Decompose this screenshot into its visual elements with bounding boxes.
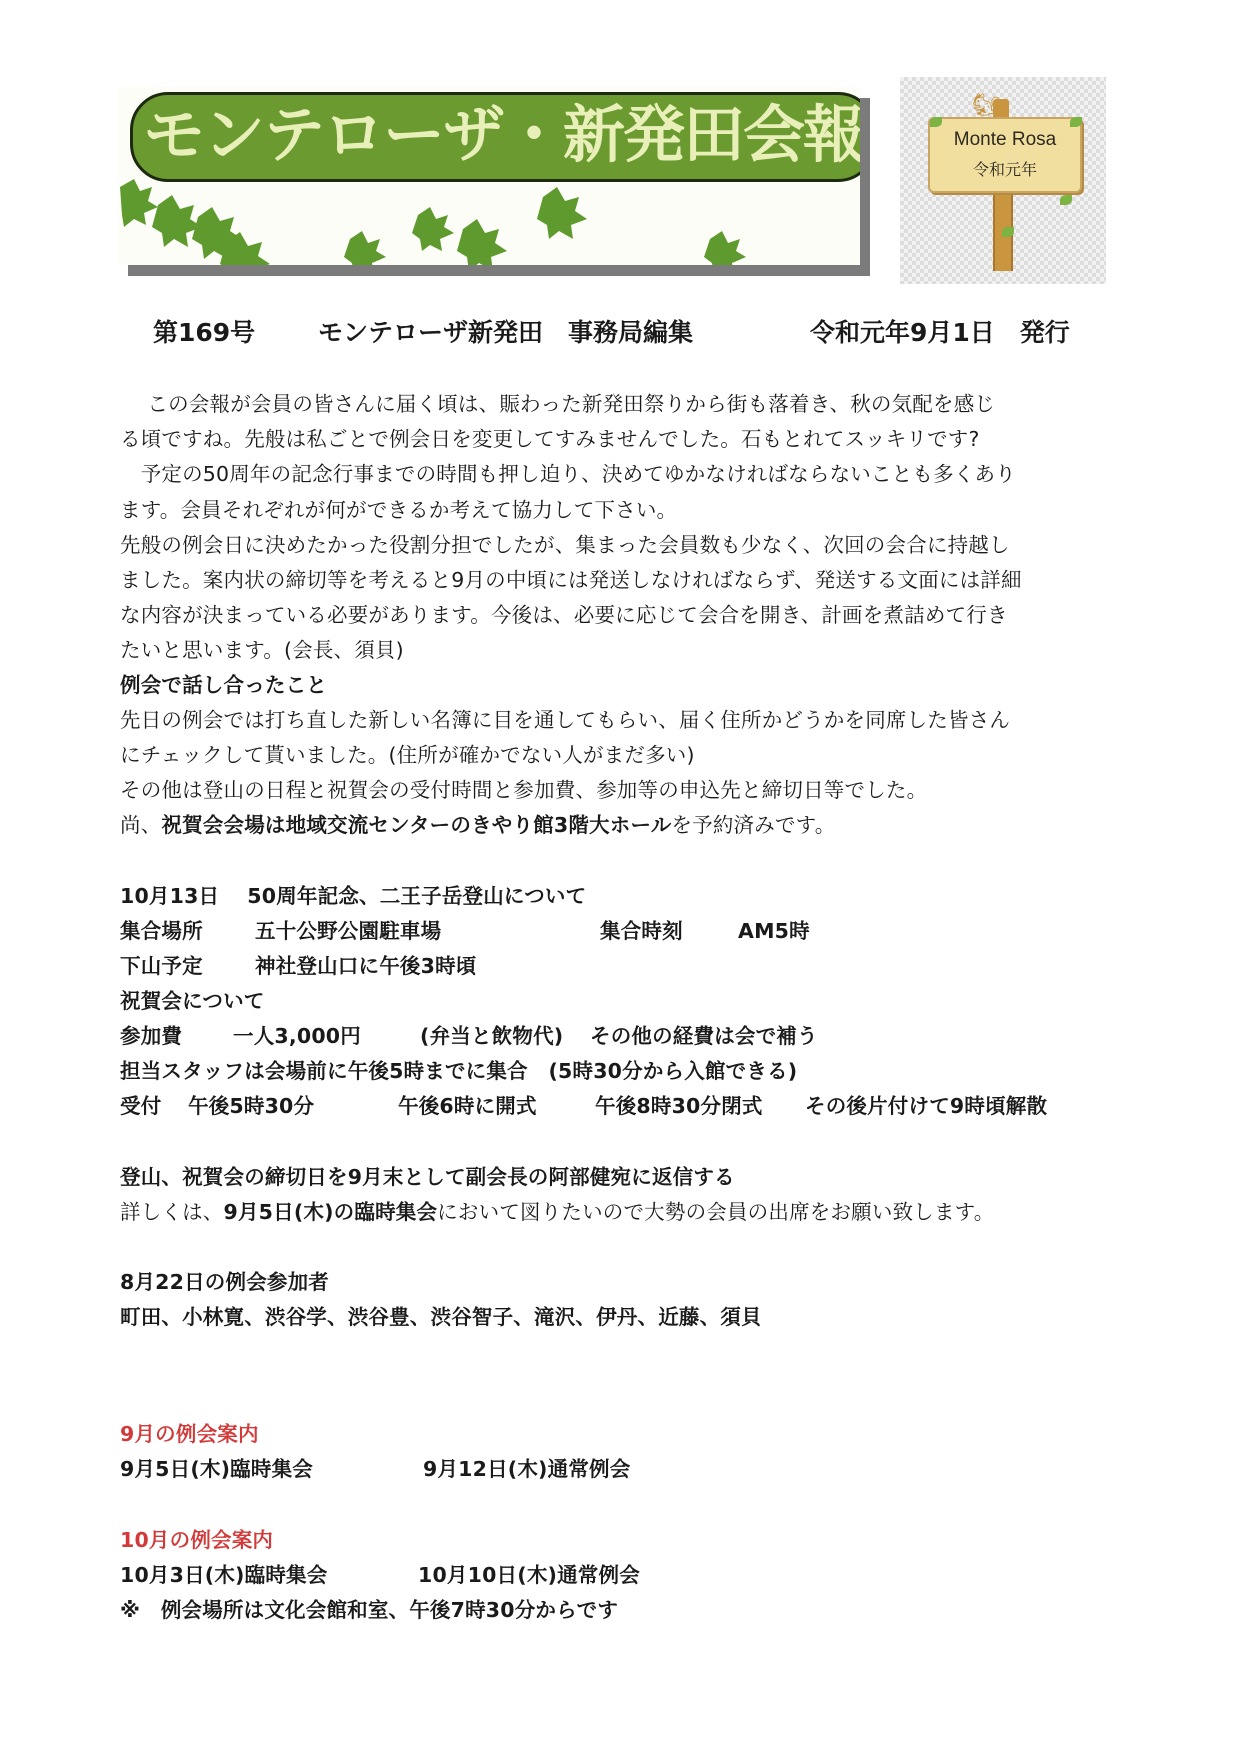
meeting-line: 先日の例会では打ち直した新しい名簿に目を通してもらい、届く住所かどうかを同席した… (120, 706, 1010, 734)
detail-suffix: において図りたいので大勢の会員の出席をお願い致します。 (437, 1200, 994, 1224)
reception-time: 午後5時30分 (188, 1092, 314, 1120)
intro-line: ました。案内状の締切等を考えると9月の中頃には発送しなければならず、発送する文面… (120, 566, 1022, 594)
fee-label: 参加費 (120, 1022, 182, 1050)
vine-leaf-icon (1070, 117, 1082, 127)
meeting-line: その他は登山の日程と祝賀会の受付時間と参加費、参加等の申込先と締切日等でした。 (120, 776, 927, 804)
gather-time-label: 集合時刻 (600, 917, 683, 945)
intro-line: この会報が会員の皆さんに届く頃は、賑わった新発田祭りから街も落着き、秋の気配を感… (120, 390, 995, 418)
close-time: 午後8時30分閉式 (595, 1092, 763, 1120)
sign-board: Monte Rosa 令和元年 (928, 117, 1082, 193)
meeting-line: にチェックして貰いました。(住所が確かでない人がまだ多い) (120, 741, 695, 769)
fee-value: 一人3,000円 (233, 1022, 361, 1050)
attendees-names: 町田、小林寛、渋谷学、渋谷豊、渋谷智子、滝沢、伊丹、近藤、須貝 (120, 1303, 762, 1331)
venue-prefix: 尚、 (120, 813, 161, 837)
descent-label: 下山予定 (120, 952, 203, 980)
fee-note: (弁当と飲物代) (420, 1022, 563, 1050)
newsletter-banner: モンテローザ・新発田会報 (118, 87, 860, 265)
gather-place: 五十公野公園駐車場 (255, 917, 441, 945)
dismiss-time: その後片付けて9時頃解散 (805, 1092, 1047, 1120)
climb-title: 10月13日 50周年記念、二王子岳登山について (120, 882, 586, 910)
issue-number: 第169号 (153, 313, 255, 349)
fee-extra: その他の経費は会で補う (590, 1022, 818, 1050)
gather-place-label: 集合場所 (120, 917, 203, 945)
maple-leaves-icon (118, 167, 860, 265)
deadline-line: 登山、祝賀会の締切日を9月末として副会長の阿部健宛に返信する (120, 1163, 735, 1191)
september-heading: 9月の例会案内 (120, 1420, 259, 1448)
vine-leaf-icon (930, 117, 942, 127)
october-note: ※ 例会場所は文化会館和室、午後7時30分からです (120, 1596, 618, 1624)
september-item: 9月5日(木)臨時集会 (120, 1455, 313, 1483)
venue-suffix: を予約済みです。 (671, 813, 835, 837)
squirrel-icon: 🐿 (972, 93, 994, 119)
detail-highlight: 9月5日(木)の臨時集会 (224, 1200, 438, 1224)
intro-line: な内容が決まっている必要があります。今後は、必要に応じて会合を開き、計画を煮詰め… (120, 601, 1008, 629)
intro-line: る頃ですね。先般は私ごとで例会日を変更してすみませんでした。石もとれてスッキリで… (120, 425, 980, 453)
sign-era: 令和元年 (930, 157, 1080, 180)
intro-line: ます。会員それぞれが何ができるか考えて協力して下さい。 (120, 496, 677, 524)
monte-rosa-sign-image: 🐿 Monte Rosa 令和元年 (900, 77, 1106, 284)
venue-highlight: 祝賀会会場は地域交流センターのきやり館3階大ホール (161, 813, 671, 837)
party-title: 祝賀会について (120, 987, 265, 1015)
october-item: 10月3日(木)臨時集会 (120, 1561, 327, 1589)
attendees-heading: 8月22日の例会参加者 (120, 1268, 329, 1296)
october-heading: 10月の例会案内 (120, 1526, 273, 1554)
september-item: 9月12日(木)通常例会 (423, 1455, 630, 1483)
october-item: 10月10日(木)通常例会 (418, 1561, 640, 1589)
gather-time: AM5時 (738, 917, 810, 945)
detail-prefix: 詳しくは、 (120, 1200, 224, 1224)
intro-line: たいと思います。(会長、須貝) (120, 636, 404, 664)
deadline-detail: 詳しくは、9月5日(木)の臨時集会において図りたいので大勢の会員の出席をお願い致… (120, 1198, 994, 1226)
descent-time: 神社登山口に午後3時頃 (255, 952, 476, 980)
issue-date: 令和元年9月1日 発行 (810, 313, 1070, 349)
intro-line: 先般の例会日に決めたかった役割分担でしたが、集まった会員数も少なく、次回の会合に… (120, 531, 1010, 559)
open-time: 午後6時に開式 (398, 1092, 537, 1120)
venue-line: 尚、祝賀会会場は地域交流センターのきやり館3階大ホールを予約済みです。 (120, 811, 835, 839)
vine-leaf-icon (1060, 195, 1072, 205)
reception-label: 受付 (120, 1092, 161, 1120)
intro-line: 予定の50周年の記念行事までの時間も押し迫り、決めてゆかなければならないことも多… (120, 460, 1016, 488)
sign-name: Monte Rosa (930, 129, 1080, 151)
vine-leaf-icon (1002, 227, 1014, 237)
meeting-heading: 例会で話し合ったこと (120, 671, 327, 699)
issue-editor: モンテローザ新発田 事務局編集 (318, 313, 693, 349)
staff-line: 担当スタッフは会場前に午後5時までに集合 (5時30分から入館できる) (120, 1057, 797, 1085)
